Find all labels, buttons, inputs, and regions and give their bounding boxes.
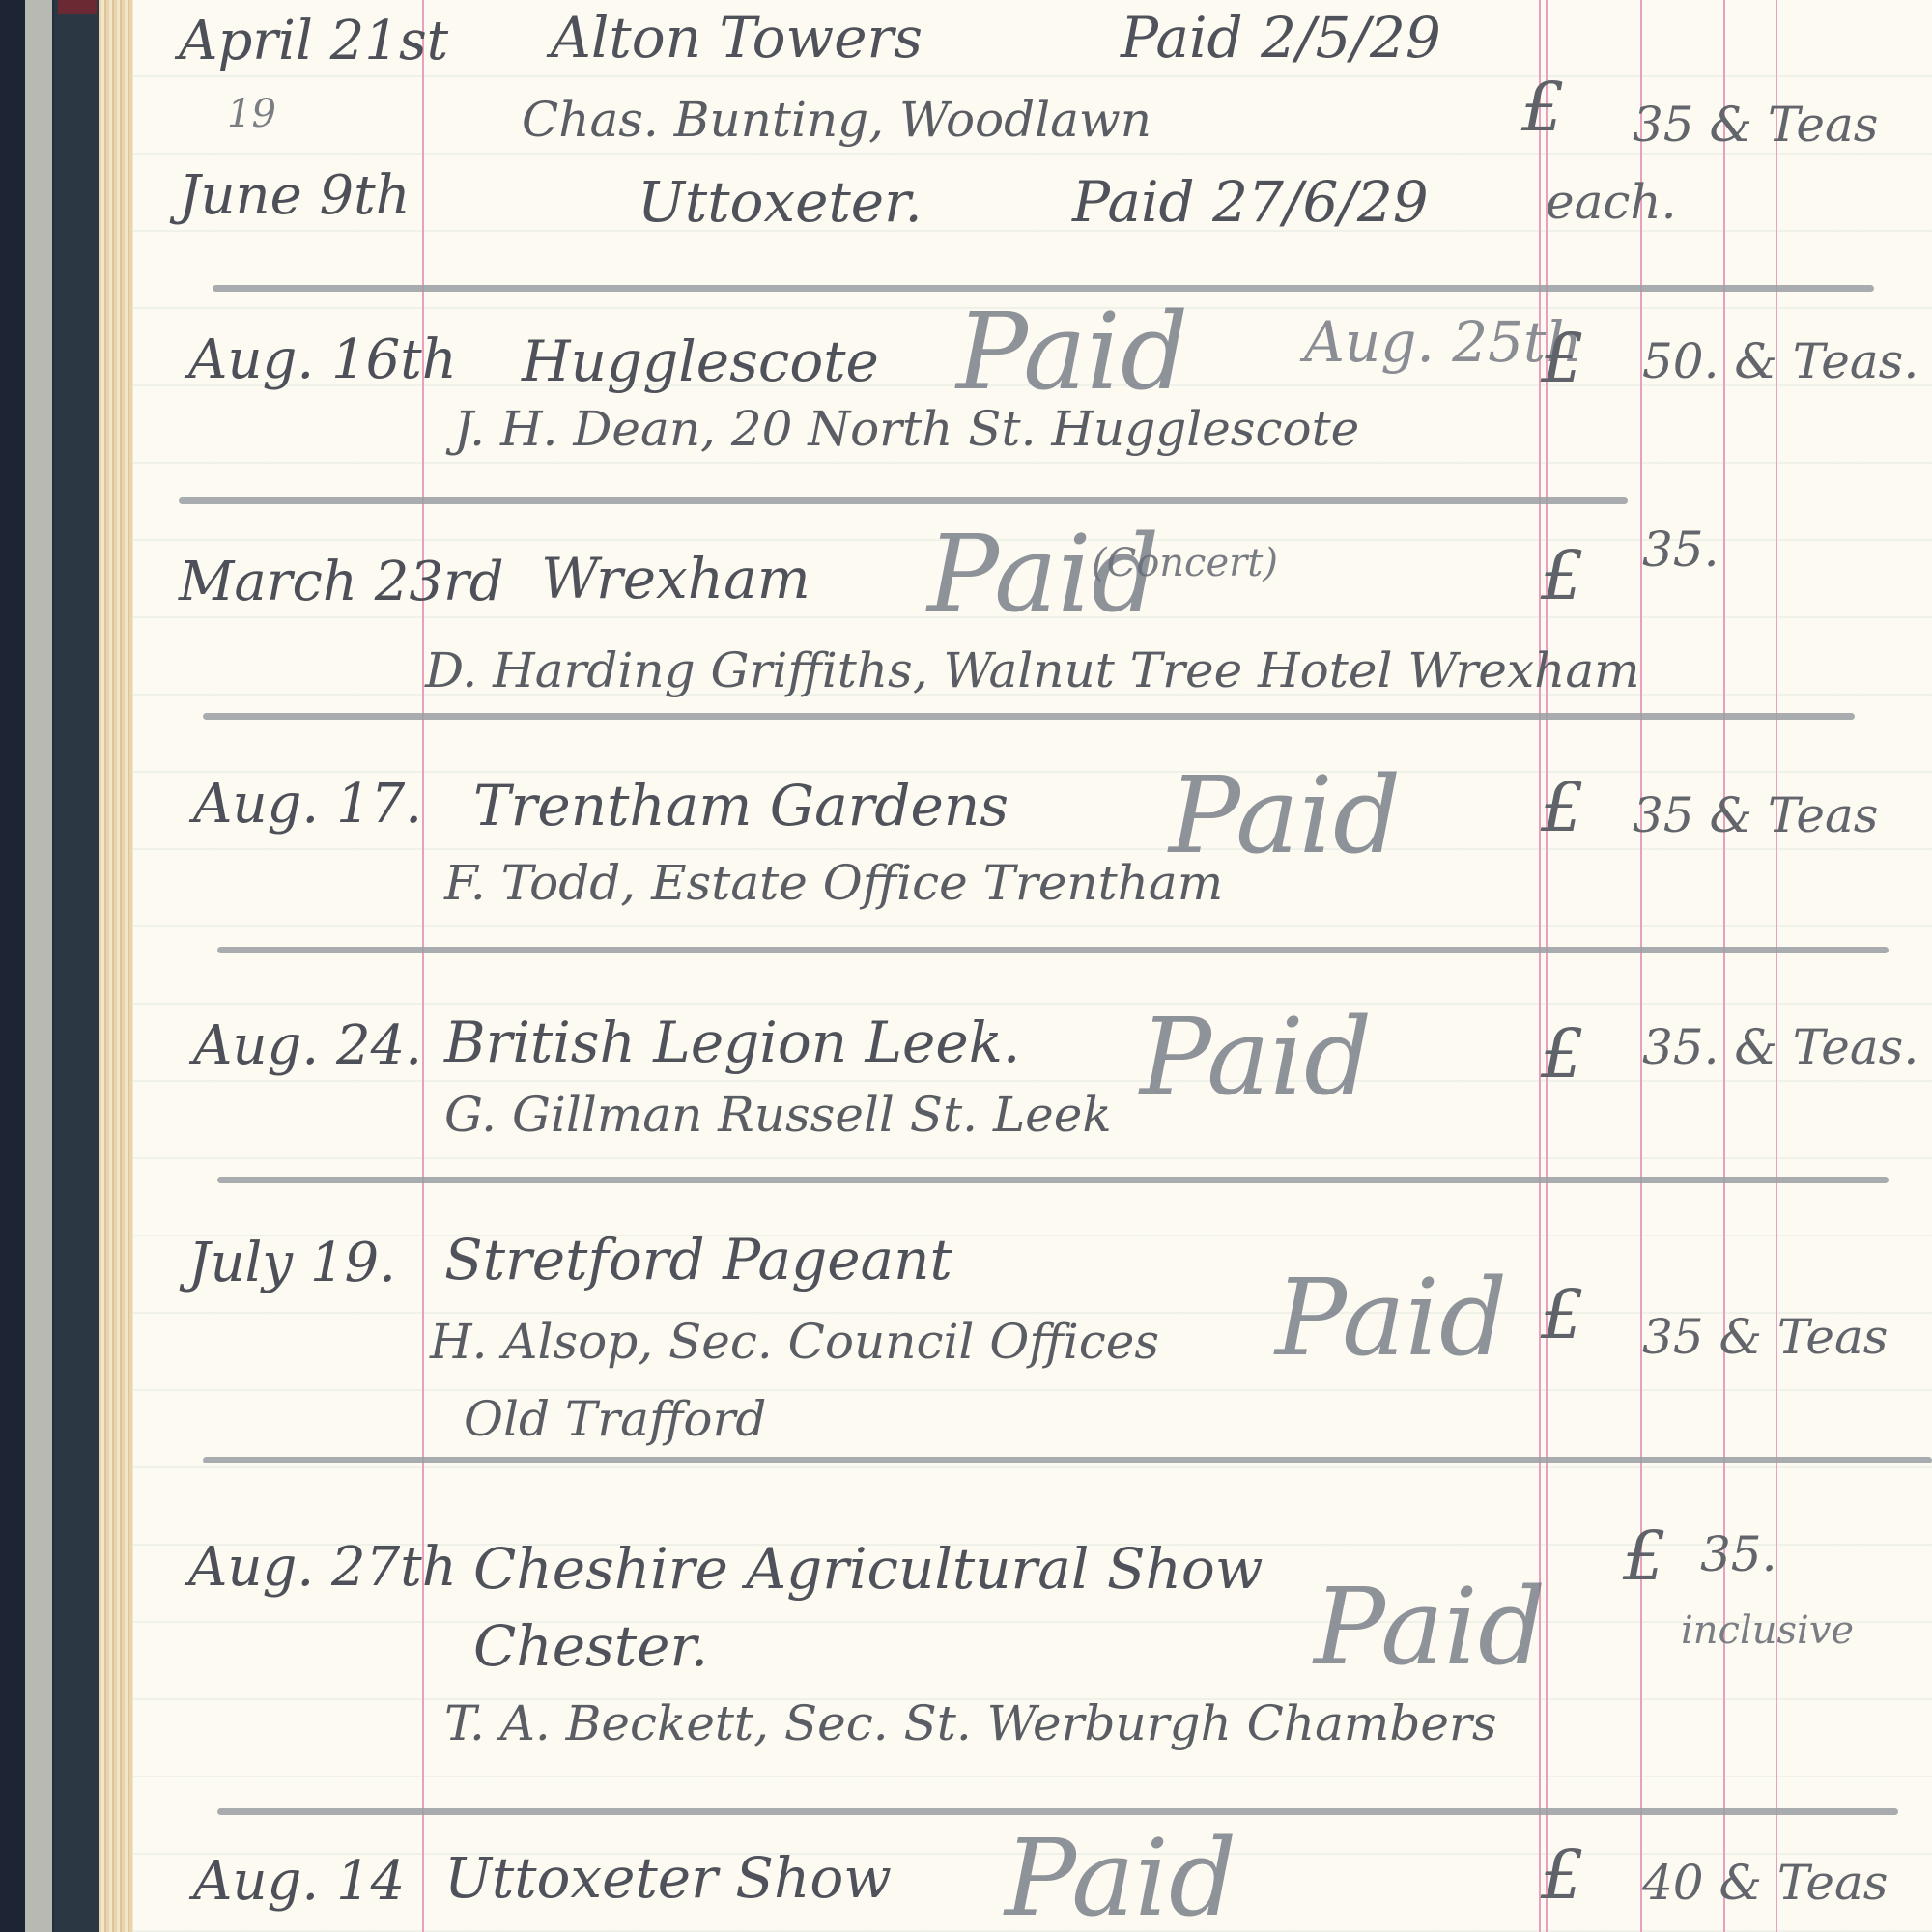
entry-date-2: June 9th <box>179 164 411 227</box>
fee-amount: 50. & Teas. <box>1642 333 1918 389</box>
cover-cloth <box>0 0 25 1932</box>
fee-amount: 40 & Teas <box>1642 1855 1888 1911</box>
entry-date: Aug. 16th <box>188 328 457 391</box>
venue-name: Wrexham <box>541 546 810 611</box>
red-cover-edge <box>58 0 97 14</box>
entry-date: April 21st <box>179 10 448 72</box>
paid-stamp: Paid <box>927 512 1159 636</box>
fee-amount: 35. & Teas. <box>1642 1019 1918 1075</box>
pound-sign: £ <box>1541 536 1584 615</box>
entry-date: Aug. 24. <box>193 1014 422 1077</box>
entry-separator <box>217 947 1889 953</box>
entry-date: Aug. 27th <box>188 1536 457 1599</box>
venue-name: Hugglescote <box>522 328 879 394</box>
paid-stamp: Paid <box>956 290 1188 413</box>
venue-name: Uttoxeter Show <box>444 1845 892 1911</box>
fee-amount: 35. <box>1700 1526 1777 1582</box>
pound-sign: £ <box>1541 319 1584 398</box>
pound-sign: £ <box>1541 768 1584 847</box>
paid-stamp: Paid <box>1275 1256 1507 1379</box>
entry-date: March 23rd <box>179 551 504 613</box>
fee-amount: 35. <box>1642 522 1719 578</box>
year-mark: 19 <box>227 92 276 136</box>
contact-address: D. Harding Griffiths, Walnut Tree Hotel … <box>425 642 1640 698</box>
contact-address: F. Todd, Estate Office Trentham <box>444 855 1223 911</box>
spine-cloth <box>52 0 100 1932</box>
entry-separator <box>203 1457 1932 1463</box>
pound-sign: £ <box>1541 1835 1584 1915</box>
pound-sign: £ <box>1541 1014 1584 1094</box>
paid-stamp: Paid <box>1140 995 1372 1119</box>
contact-address: H. Alsop, Sec. Council Offices <box>430 1314 1159 1370</box>
venue-name: Alton Towers <box>551 5 923 71</box>
binding-tape <box>25 0 54 1932</box>
contact-address: G. Gillman Russell St. Leek <box>444 1087 1112 1143</box>
contact-location: Uttoxeter. <box>638 169 923 235</box>
paid-stamp: Paid <box>1169 753 1401 877</box>
venue-name: British Legion Leek. <box>444 1009 1020 1075</box>
entry-separator <box>179 497 1628 504</box>
contact-address: T. A. Beckett, Sec. St. Werburgh Chamber… <box>444 1695 1497 1751</box>
entry-separator <box>217 1177 1889 1183</box>
fee-amount: 35 & Teas <box>1633 97 1878 153</box>
entry-date: Aug. 14 <box>193 1850 405 1913</box>
venue-name: Trentham Gardens <box>473 773 1009 838</box>
venue-location: Chester. <box>473 1613 708 1679</box>
fee-amount: 35 & Teas <box>1642 1309 1888 1365</box>
entry-date: July 19. <box>188 1232 396 1294</box>
pound-sign: £ <box>1541 1275 1584 1354</box>
fee-amount: 35 & Teas <box>1633 787 1878 843</box>
paid-stamp: Paid <box>1314 1565 1546 1689</box>
contact-address: J. H. Dean, 20 North St. Hugglescote <box>454 401 1359 457</box>
entry-date: Aug. 17. <box>193 773 422 836</box>
fee-note: each. <box>1546 174 1677 230</box>
paid-note-2: Paid 27/6/29 <box>1072 169 1429 235</box>
entry-separator <box>203 713 1855 720</box>
pound-sign: £ <box>1623 1517 1666 1596</box>
entry-separator <box>217 1808 1898 1815</box>
pound-sign: £ <box>1521 68 1565 147</box>
paid-note: Paid 2/5/29 <box>1121 5 1441 71</box>
page-edges <box>99 0 133 1932</box>
contact-address-2: Old Trafford <box>464 1391 766 1447</box>
venue-name: Stretford Pageant <box>444 1227 952 1293</box>
paid-stamp: Paid <box>1005 1816 1236 1932</box>
fee-note: inclusive <box>1681 1608 1854 1653</box>
contact-name: Chas. Bunting, Woodlawn <box>522 92 1151 148</box>
venue-name: Cheshire Agricultural Show <box>473 1536 1264 1602</box>
